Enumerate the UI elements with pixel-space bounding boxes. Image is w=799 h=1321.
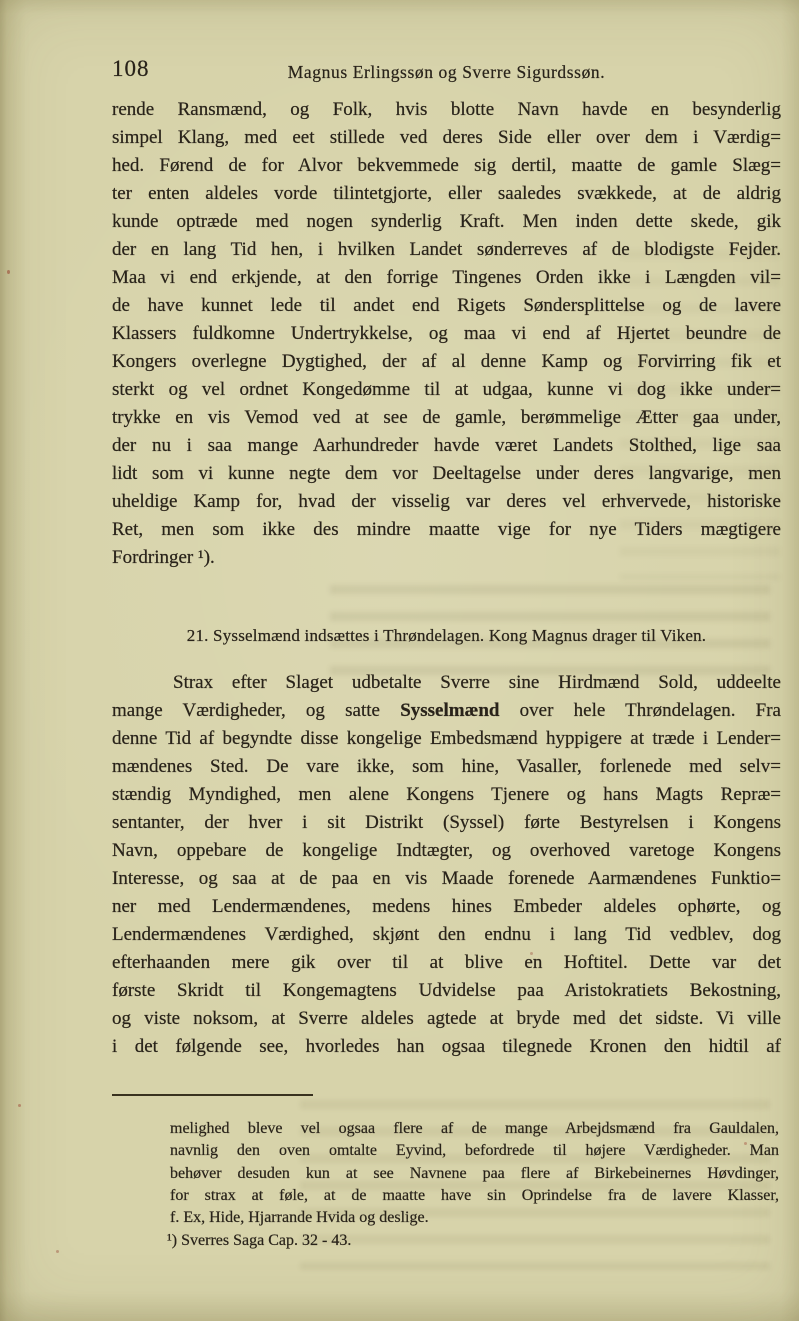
text-line: Ret, men som ikke des mindre maatte vige… bbox=[112, 516, 781, 544]
text-line: simpel Klang, med eet stillede ved deres… bbox=[112, 124, 781, 152]
text-line: der nu i saa mange Aarhundreder havde væ… bbox=[112, 432, 781, 460]
footnote-line: f. Ex, Hide, Hjarrande Hvida og deslige. bbox=[170, 1207, 779, 1229]
bold-term-sysselmaend: Sysselmænd bbox=[400, 700, 499, 721]
text-line: de have kunnet lede til andet end Rigets… bbox=[112, 292, 781, 320]
paragraph-continuation: rende Ransmænd, og Folk, hvis blotte Nav… bbox=[112, 96, 781, 572]
text-line: i det følgende see, hvorledes han ogsaa … bbox=[112, 1033, 781, 1061]
text-line: trykke en vis Vemod ved at see de gamle,… bbox=[112, 404, 781, 432]
text-line: sentanter, der hver i sit Distrikt (Syss… bbox=[112, 809, 781, 837]
text-line: kunde optræde med nogen synderlig Kraft.… bbox=[112, 208, 781, 236]
text-line: Navn, oppebare de kongelige Indtægter, o… bbox=[112, 837, 781, 865]
text-line: Strax efter Slaget udbetalte Sverre sine… bbox=[112, 669, 781, 697]
footnote-line: for strax at føle, at de maatte have sin… bbox=[170, 1185, 779, 1207]
text-line: Kongers overlegne Dygtighed, der af al d… bbox=[112, 348, 781, 376]
text-line: Klassers fuldkomne Undertrykkelse, og ma… bbox=[112, 320, 781, 348]
text-line: ter enten aldeles vorde tilintetgjorte, … bbox=[112, 180, 781, 208]
text-line: denne Tid af begyndte disse kongelige Em… bbox=[112, 725, 781, 753]
footnote-separator bbox=[112, 1094, 313, 1096]
text-line: første Skridt til Kongemagtens Udvidelse… bbox=[112, 977, 781, 1005]
text-line: der en lang Tid hen, i hvilken Landet sø… bbox=[112, 236, 781, 264]
footnote-continuation: melighed bleve vel ogsaa flere af de man… bbox=[170, 1118, 779, 1229]
text-line: uheldige Kamp for, hvad der visselig var… bbox=[112, 488, 781, 516]
footnote-line: navnlig den oven omtalte Eyvind, befordr… bbox=[170, 1140, 779, 1162]
text-line: Interesse, og saa at de paa en vis Maade… bbox=[112, 865, 781, 893]
paper-speck bbox=[56, 1250, 59, 1253]
text-line: lidt som vi kunne negte dem vor Deeltage… bbox=[112, 460, 781, 488]
text-line-with-footnote-mark: Fordringer ¹). bbox=[112, 544, 781, 572]
text-line: mange Værdigheder, og satte Sysselmænd o… bbox=[112, 697, 781, 725]
text-line: efterhaanden mere gik over til at blive … bbox=[112, 949, 781, 977]
text-line: hed. Førend de for Alvor bekvemmede sig … bbox=[112, 152, 781, 180]
text-line: sterkt og vel ordnet Kongedømme til at u… bbox=[112, 376, 781, 404]
text-line: stændig Myndighed, men alene Kongens Tje… bbox=[112, 781, 781, 809]
text-segment: over hele Thrøndelagen. Fra bbox=[499, 700, 781, 721]
running-title: Magnus Erlingssøn og Sverre Sigurdssøn. bbox=[112, 61, 781, 83]
paper-speck bbox=[18, 1104, 21, 1107]
text-line: Maa vi end erkjende, at den forrige Ting… bbox=[112, 264, 781, 292]
footnote-line: behøver desuden kun at see Navnene paa f… bbox=[170, 1163, 779, 1185]
text-line: ner med Lendermændenes, medens hines Emb… bbox=[112, 893, 781, 921]
paper-speck bbox=[7, 270, 10, 274]
book-page: 108 Magnus Erlingssøn og Sverre Sigurdss… bbox=[0, 0, 799, 1321]
paragraph-sysselmaend: Strax efter Slaget udbetalte Sverre sine… bbox=[112, 669, 781, 1061]
text-line: Lendermændenes Værdighed, skjønt den end… bbox=[112, 921, 781, 949]
text-line: og viste noksom, at Sverre aldeles agted… bbox=[112, 1005, 781, 1033]
section-heading: 21. Sysselmænd indsættes i Thrøndelagen.… bbox=[112, 624, 781, 648]
footnote-reference: ¹) Sverres Saga Cap. 32 - 43. bbox=[167, 1230, 779, 1252]
text-line: mændenes Sted. De vare ikke, som hine, V… bbox=[112, 753, 781, 781]
footnote-line: melighed bleve vel ogsaa flere af de man… bbox=[170, 1118, 779, 1140]
text-line: rende Ransmænd, og Folk, hvis blotte Nav… bbox=[112, 96, 781, 124]
text-segment: mange Værdigheder, og satte bbox=[112, 700, 400, 721]
